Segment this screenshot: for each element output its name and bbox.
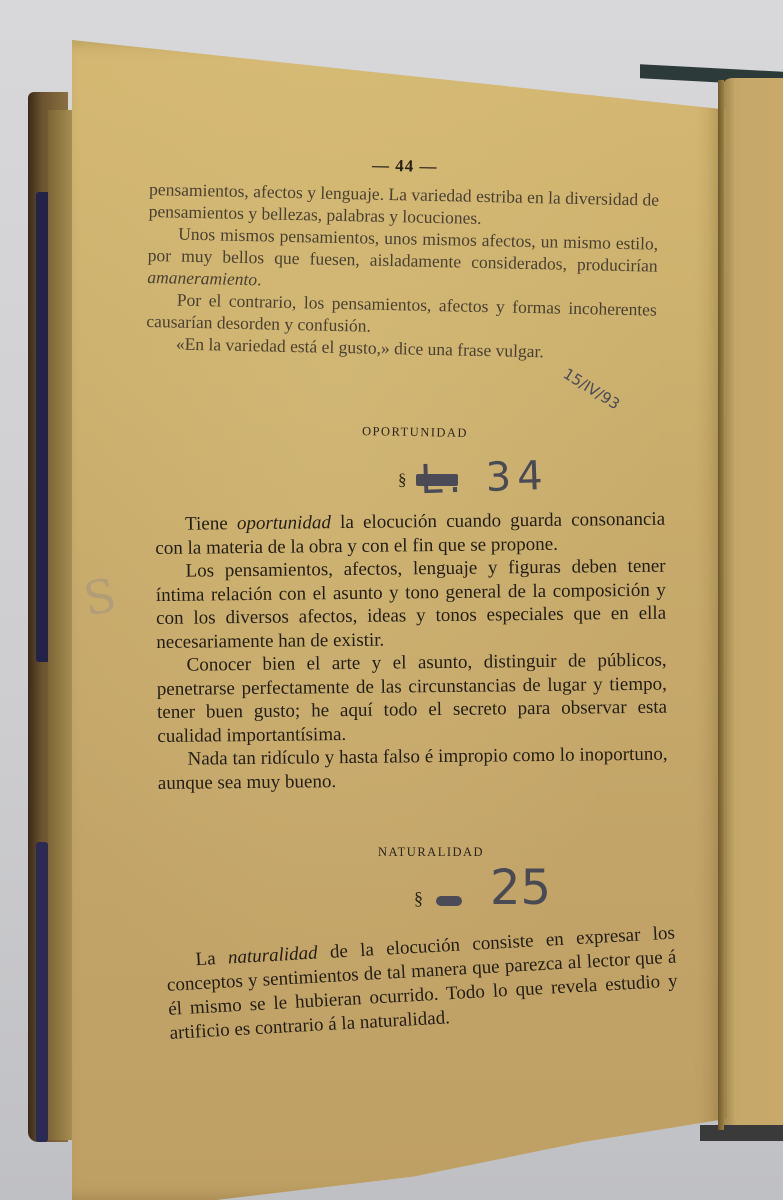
italic-term: naturalidad	[227, 943, 318, 969]
section-symbol: §	[398, 470, 407, 490]
cover-spine-blue-lower	[36, 842, 48, 1142]
text-run: .	[257, 269, 262, 289]
paragraph: Los pensamientos, afectos, lenguaje y fi…	[155, 555, 666, 654]
handwritten-section-number: L. 34	[419, 453, 549, 503]
crossed-out-number	[436, 896, 462, 906]
text-run: La	[195, 948, 229, 971]
opening-text: — 44 — pensamientos, afectos y lenguaje.…	[146, 150, 660, 365]
handwritten-section-number: 25	[490, 860, 551, 916]
text-run: Tiene	[185, 513, 237, 535]
section-heading-oportunidad: OPORTUNIDAD	[362, 424, 468, 441]
section-oportunidad-text: Tiene oportunidad la elocución cuando gu…	[155, 508, 668, 795]
paragraph: Nada tan ridículo y hasta falso é improp…	[157, 743, 667, 795]
paragraph: Unos mismos pensamientos, unos mismos af…	[147, 222, 658, 299]
paragraph: Conocer bien el arte y el asunto, distin…	[156, 649, 667, 748]
italic-term: oportunidad	[237, 512, 331, 534]
paragraph: Tiene oportunidad la elocución cuando gu…	[155, 508, 665, 560]
section-heading-naturalidad: NATURALIDAD	[378, 845, 484, 860]
facing-page	[722, 78, 783, 1138]
section-symbol: §	[414, 888, 423, 909]
page-gutter	[718, 80, 724, 1130]
italic-term: amaneramiento	[147, 267, 257, 289]
book-cover-right-bottom	[700, 1125, 783, 1141]
